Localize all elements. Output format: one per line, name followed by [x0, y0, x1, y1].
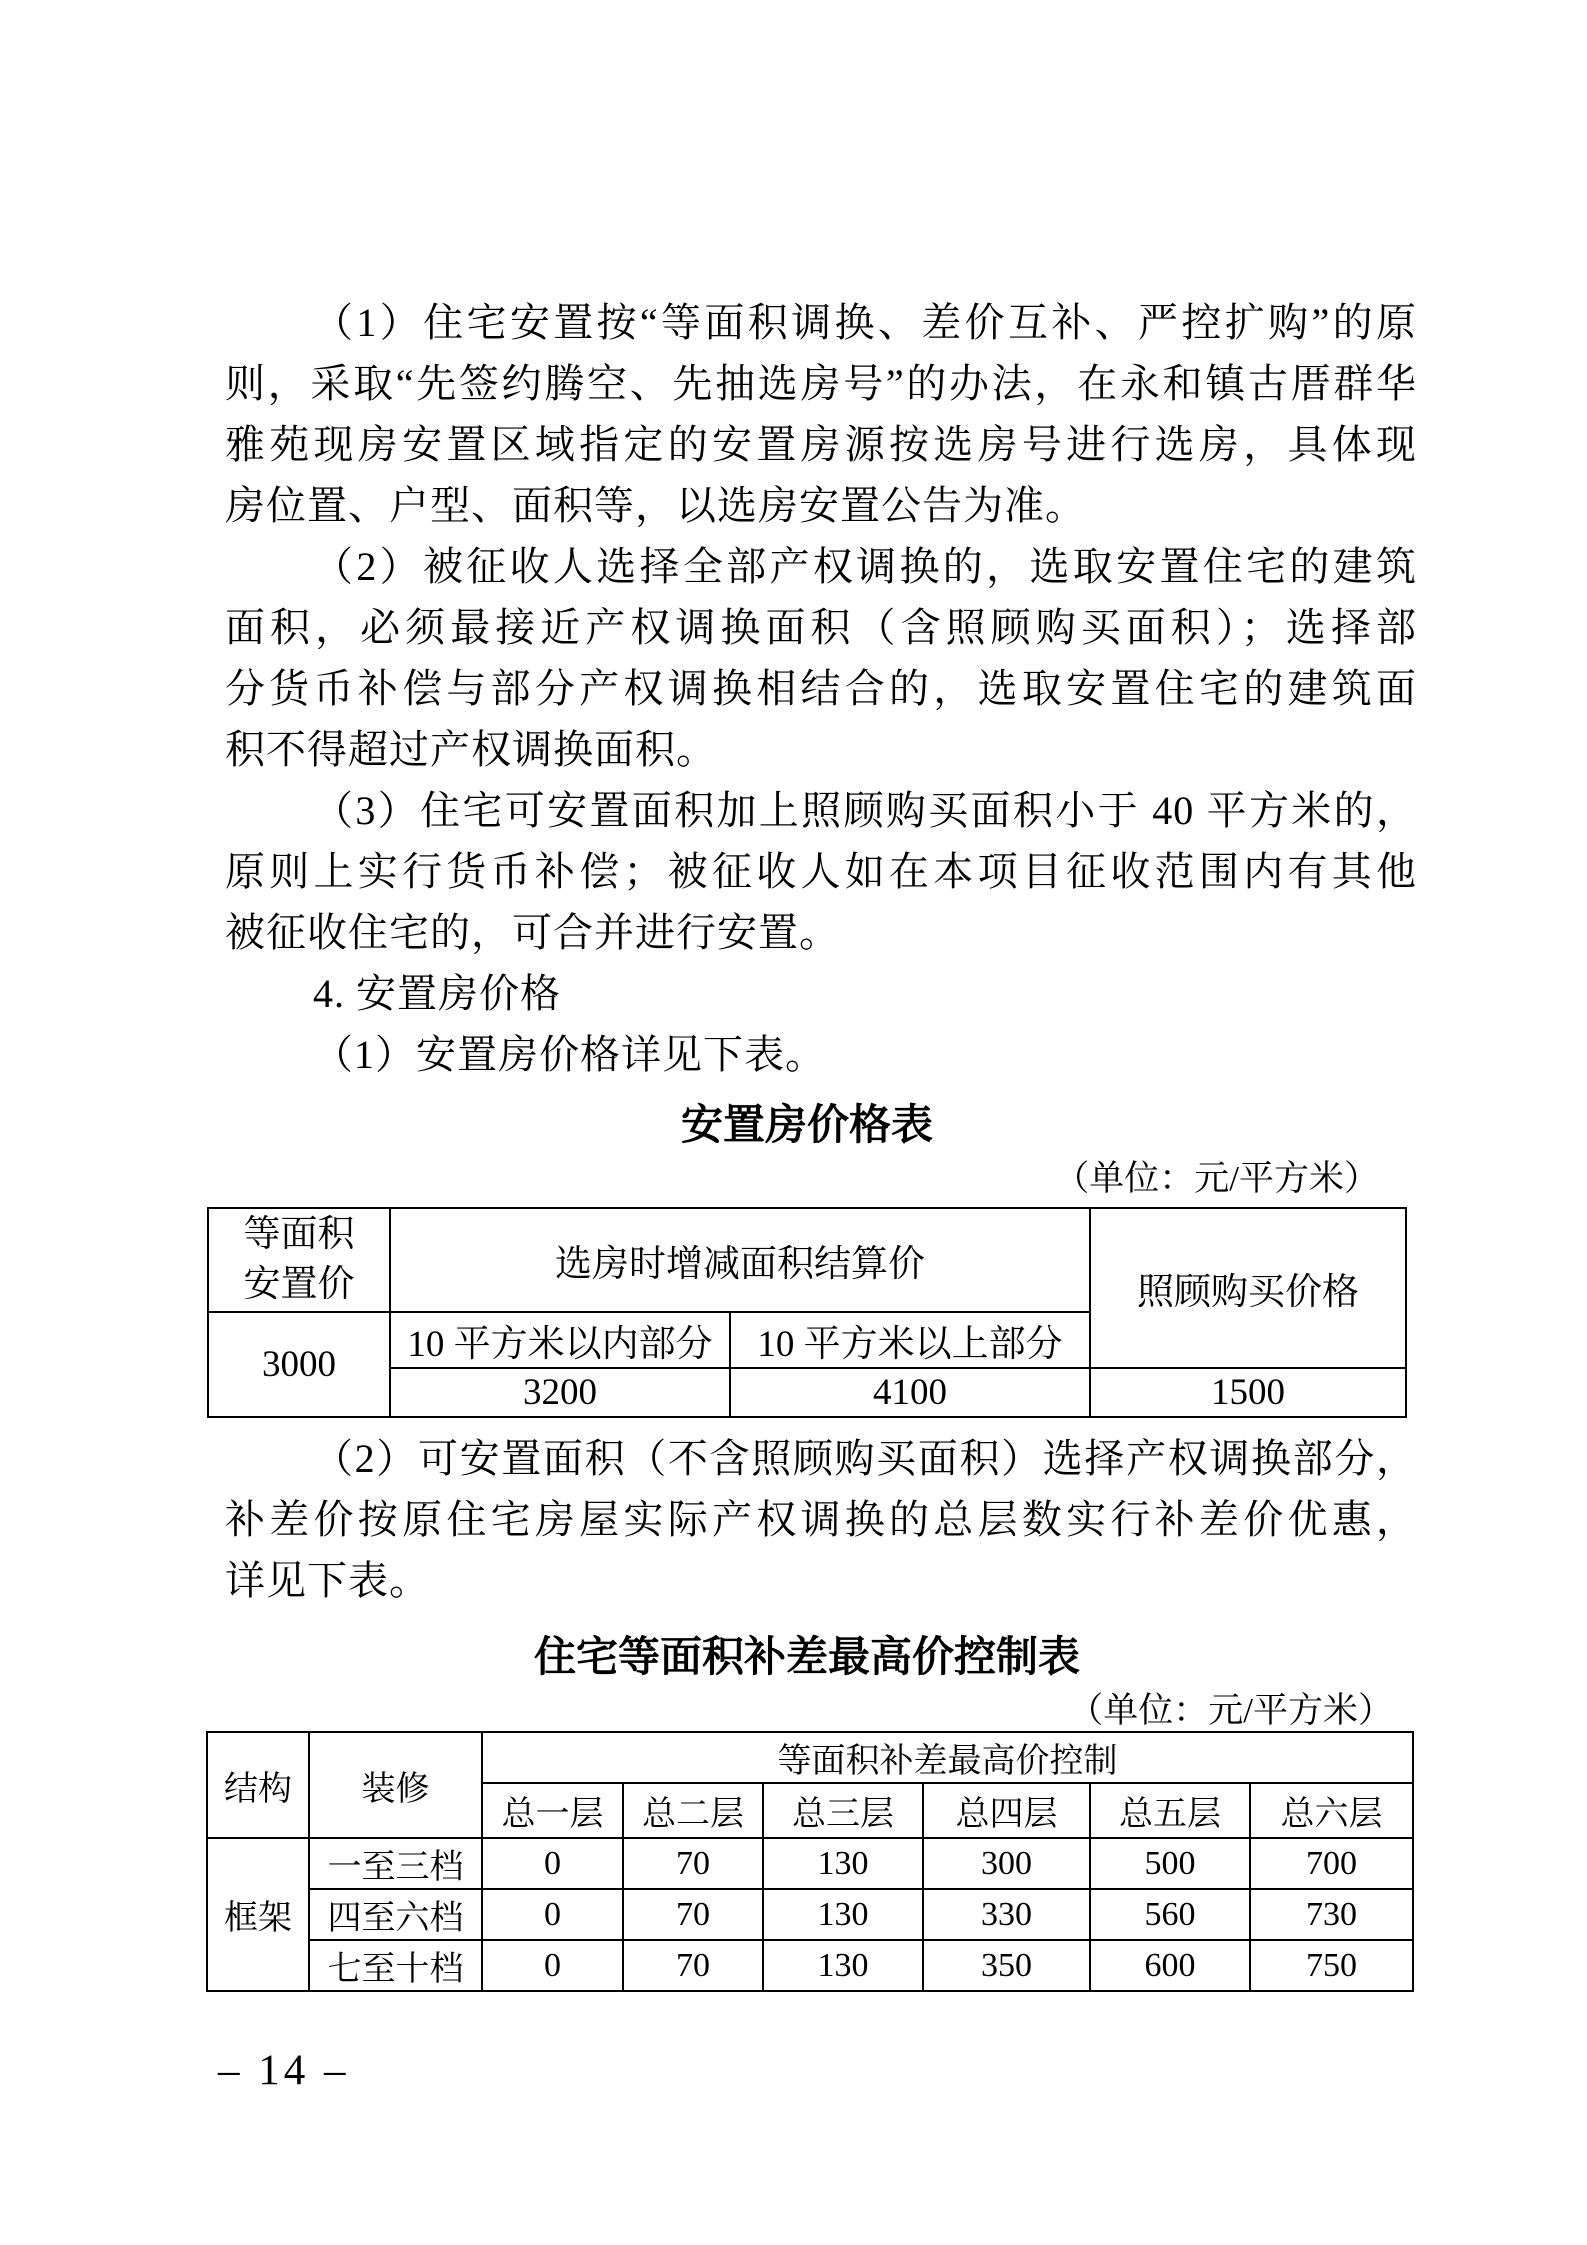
table2-title: 住宅等面积补差最高价控制表 [207, 1632, 1407, 1682]
paragraph-line: （3）住宅可安置面积加上照顾购买面积小于 40 平方米的， [225, 780, 1417, 841]
cell-above10-header: 10 平方米以上部分 [730, 1312, 1090, 1368]
cell-value: 130 [763, 1889, 923, 1940]
cell-within10-header: 10 平方米以内部分 [390, 1312, 730, 1368]
cell-floor-header: 总一层 [482, 1783, 623, 1838]
cell-value: 500 [1090, 1838, 1250, 1889]
paragraph-line: 原则上实行货币补偿；被征收人如在本项目征收范围内有其他 [225, 841, 1417, 902]
paragraph-line: 雅苑现房安置区域指定的安置房源按选房号进行选房，具体现 [225, 414, 1417, 475]
cell-within10-value: 3200 [390, 1368, 730, 1417]
table2-unit-note: （单位：元/平方米） [207, 1690, 1407, 1732]
cell-floor-header: 总三层 [763, 1783, 923, 1838]
table-row: 七至十档 0 70 130 350 600 750 [207, 1940, 1413, 1991]
cell-value: 750 [1250, 1940, 1413, 1991]
paragraph-line: （1）住宅安置按“等面积调换、差价互补、严控扩购”的原 [225, 292, 1417, 353]
cell-floor-header: 总二层 [623, 1783, 763, 1838]
paragraph-line: 则，采取“先签约腾空、先抽选房号”的办法，在永和镇古厝群华 [225, 353, 1417, 414]
paragraph-line: 被征收住宅的，可合并进行安置。 [225, 902, 1417, 963]
cell-value: 350 [923, 1940, 1090, 1991]
cell-value: 70 [623, 1940, 763, 1991]
cell-control-header: 等面积补差最高价控制 [482, 1732, 1413, 1783]
document-page: （1）住宅安置按“等面积调换、差价互补、严控扩购”的原 则，采取“先签约腾空、先… [0, 0, 1587, 2245]
cell-value: 0 [482, 1940, 623, 1991]
cell-floor-header: 总四层 [923, 1783, 1090, 1838]
paragraph-line: 补差价按原住宅房屋实际产权调换的总层数实行补差价优惠， [225, 1489, 1417, 1550]
cell-floor-header: 总五层 [1090, 1783, 1250, 1838]
cell-base-price-value: 3000 [208, 1312, 390, 1417]
cell-equal-area-price-label: 等面积 安置价 [208, 1208, 390, 1312]
cell-value: 730 [1250, 1889, 1413, 1940]
cell-line: 安置价 [209, 1260, 389, 1310]
table1-title: 安置房价格表 [207, 1100, 1407, 1150]
paragraph-line: （1）安置房价格详见下表。 [225, 1024, 1417, 1085]
cell-above10-value: 4100 [730, 1368, 1090, 1417]
cell-value: 70 [623, 1838, 763, 1889]
table1-unit-note: （单位：元/平方米） [207, 1158, 1407, 1200]
cell-value: 0 [482, 1838, 623, 1889]
cell-value: 130 [763, 1940, 923, 1991]
cell-value: 600 [1090, 1940, 1250, 1991]
price-table: 等面积 安置价 选房时增减面积结算价 照顾购买价格 3000 10 平方米以内部… [207, 1207, 1407, 1418]
cell-structure-header: 结构 [207, 1732, 309, 1838]
cell-line: 等面积 [209, 1210, 389, 1260]
cell-structure-value: 框架 [207, 1838, 309, 1991]
page-number: – 14 – [218, 2048, 350, 2094]
cell-value: 300 [923, 1838, 1090, 1889]
cell-settlement-header: 选房时增减面积结算价 [390, 1208, 1090, 1312]
section-heading-line: 4. 安置房价格 [225, 963, 1417, 1024]
cell-grade: 一至三档 [309, 1838, 482, 1889]
cell-value: 70 [623, 1889, 763, 1940]
cell-decoration-header: 装修 [309, 1732, 482, 1838]
paragraph-line: （2）可安置面积（不含照顾购买面积）选择产权调换部分， [225, 1428, 1417, 1489]
body-text-block-1: （1）住宅安置按“等面积调换、差价互补、严控扩购”的原 则，采取“先签约腾空、先… [225, 292, 1417, 1085]
cell-care-price-header: 照顾购买价格 [1090, 1208, 1406, 1368]
paragraph-line: （2）被征收人选择全部产权调换的，选取安置住宅的建筑 [225, 536, 1417, 597]
cell-value: 0 [482, 1889, 623, 1940]
cell-value: 560 [1090, 1889, 1250, 1940]
table-row: 四至六档 0 70 130 330 560 730 [207, 1889, 1413, 1940]
cell-grade: 四至六档 [309, 1889, 482, 1940]
paragraph-line: 房位置、户型、面积等，以选房安置公告为准。 [225, 475, 1417, 536]
cell-value: 130 [763, 1838, 923, 1889]
paragraph-line: 面积，必须最接近产权调换面积（含照顾购买面积）；选择部 [225, 597, 1417, 658]
cell-floor-header: 总六层 [1250, 1783, 1413, 1838]
cell-value: 700 [1250, 1838, 1413, 1889]
body-text-block-2: （2）可安置面积（不含照顾购买面积）选择产权调换部分， 补差价按原住宅房屋实际产… [225, 1428, 1417, 1611]
cell-grade: 七至十档 [309, 1940, 482, 1991]
cell-value: 330 [923, 1889, 1090, 1940]
paragraph-line: 详见下表。 [225, 1550, 1417, 1611]
paragraph-line: 积不得超过产权调换面积。 [225, 719, 1417, 780]
cell-care-price-value: 1500 [1090, 1368, 1406, 1417]
control-table: 结构 装修 等面积补差最高价控制 总一层 总二层 总三层 总四层 总五层 总六层… [206, 1731, 1414, 1992]
table-row: 框架 一至三档 0 70 130 300 500 700 [207, 1838, 1413, 1889]
paragraph-line: 分货币补偿与部分产权调换相结合的，选取安置住宅的建筑面 [225, 658, 1417, 719]
